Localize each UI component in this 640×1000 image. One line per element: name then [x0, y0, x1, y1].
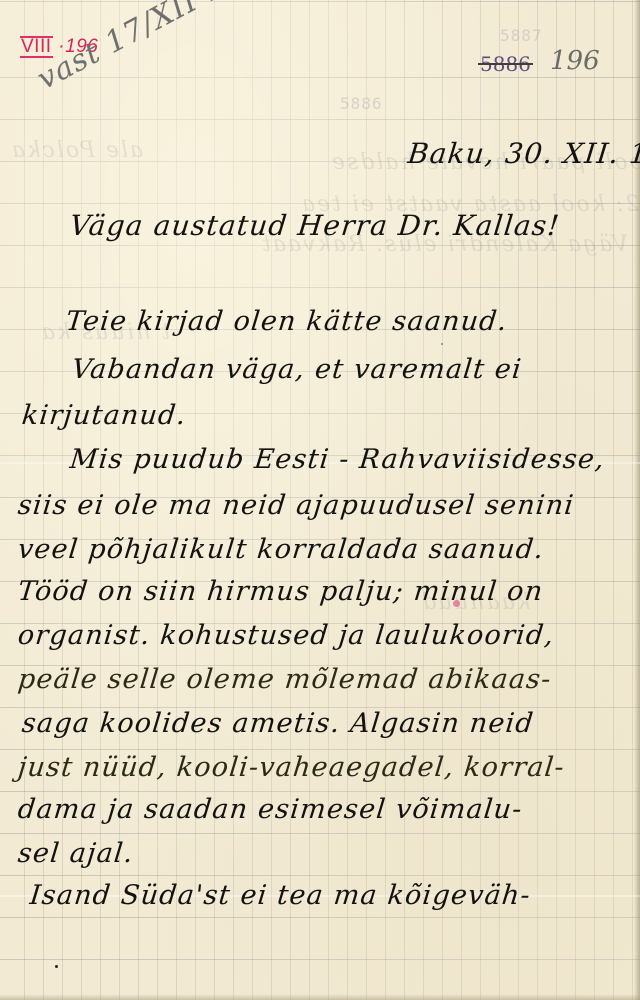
- letter-line: dama ja saadan esimesel võimalu-: [17, 796, 524, 823]
- bleed-through-text: ale Polcka: [10, 138, 143, 163]
- letter-page: Kooli paari hevale haldse 2: kool aasta …: [0, 0, 640, 1000]
- letter-line: veel põhjalikult korraldada saanud.: [17, 536, 546, 563]
- faint-stamp-number: 5886: [340, 94, 383, 113]
- letter-line: Tööd on siin hirmus palju; minul on: [17, 578, 545, 605]
- letter-line: siis ei ole ma neid ajapuudusel senini: [17, 492, 576, 519]
- pencil-page-number: 196: [550, 46, 600, 76]
- pencil-reply-note: vast 17/XII 12: [32, 0, 249, 97]
- letter-line: peäle selle oleme mõlemad abikaas-: [17, 666, 553, 693]
- ink-speck: [441, 343, 443, 345]
- salutation: Väga austatud Herra Dr. Kallas!: [69, 212, 562, 240]
- letter-line: saga koolides ametis. Algasin neid: [21, 710, 536, 737]
- strikethrough-line: [478, 63, 533, 65]
- archive-roman-numeral: VIII: [20, 36, 53, 58]
- letter-line: kirjutanud.: [21, 402, 188, 429]
- paper-bottom-edge: [0, 994, 640, 1000]
- letter-line: just nüüd, kooli-vaheaegadel, korral-: [17, 754, 567, 781]
- struck-stamp-number: 5886: [480, 52, 531, 76]
- letter-line: Isand Süda'st ei tea ma kõigeväh-: [29, 882, 533, 909]
- letter-line: Teie kirjad olen kätte saanud.: [65, 308, 509, 335]
- red-ink-spot: [453, 600, 460, 607]
- letter-line: sel ajal.: [17, 840, 135, 867]
- ink-speck: [55, 965, 58, 968]
- letter-line: Vabandan väga, et varemalt ei: [71, 356, 524, 383]
- faint-stamp-number: 5887: [500, 26, 543, 45]
- place-and-date: Baku, 30. XII. 11: [407, 140, 640, 168]
- letter-line: Mis puudub Eesti - Rahvaviisidesse,: [69, 446, 607, 473]
- letter-line: organist. kohustused ja laulukoorid,: [17, 622, 556, 649]
